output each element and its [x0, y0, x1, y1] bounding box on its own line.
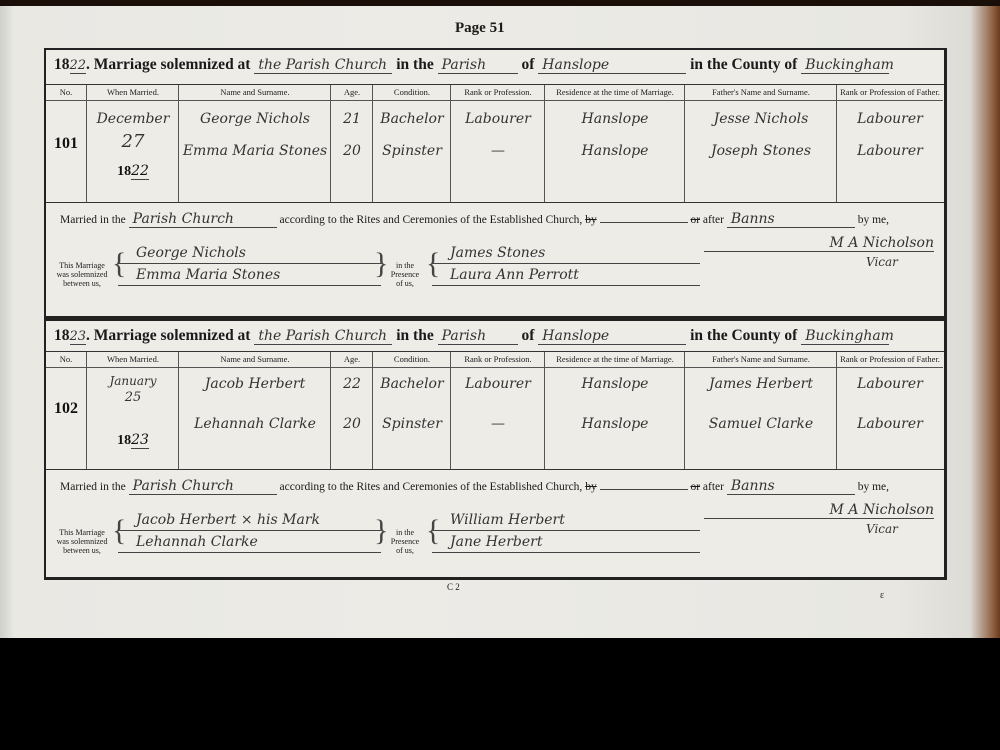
entry-table: No. 101 When Married. December 27 1822 N…	[46, 84, 944, 203]
signature-bride: Lehannah Clarke	[118, 534, 381, 553]
signature-bride: Emma Maria Stones	[118, 267, 381, 286]
county-field: Buckingham	[801, 328, 889, 345]
entry-attestation: Married in the Parish Church according t…	[46, 202, 944, 316]
col-condition: Condition. Bachelor Spinster	[372, 352, 451, 470]
officiant-title: Vicar	[866, 522, 898, 536]
officiant-signature: M A Nicholson	[704, 502, 934, 519]
col-age: Age. 21 20	[330, 85, 373, 203]
between-us-label: This Marriagewas solemnizedbetween us,	[52, 528, 112, 555]
register-page: Page 51 1822. Marriage solemnized at the…	[0, 0, 1000, 638]
corner-mark: ε	[880, 590, 884, 601]
signature-groom: George Nichols	[118, 245, 381, 264]
marriage-entry-102: 1823. Marriage solemnized at the Parish …	[44, 318, 947, 580]
signature-witness-1: William Herbert	[432, 512, 700, 531]
place-field: the Parish Church	[254, 328, 392, 345]
entry-heading: 1823. Marriage solemnized at the Parish …	[54, 327, 889, 345]
col-father-name: Father's Name and Surname. James Herbert…	[684, 352, 837, 470]
signature-witness-2: Jane Herbert	[432, 534, 700, 553]
page-number: Page 51	[455, 20, 505, 37]
col-residence: Residence at the time of Marriage. Hansl…	[544, 85, 685, 203]
entry-heading: 1822. Marriage solemnized at the Parish …	[54, 56, 889, 74]
officiant-title: Vicar	[866, 255, 898, 269]
signature-witness-1: James Stones	[432, 245, 700, 264]
parish-type-field: Parish	[438, 57, 518, 74]
col-profession: Rank or Profession. Labourer —	[450, 352, 545, 470]
col-condition: Condition. Bachelor Spinster	[372, 85, 451, 203]
entry-table: No. 102 When Married. January 25 1823 Na…	[46, 351, 944, 470]
parish-field: Hanslope	[538, 57, 686, 74]
col-no: No. 101	[46, 85, 86, 203]
col-father-name: Father's Name and Surname. Jesse Nichols…	[684, 85, 837, 203]
col-father-profession: Rank or Profession of Father. Labourer L…	[836, 352, 943, 470]
col-father-profession: Rank or Profession of Father. Labourer L…	[836, 85, 943, 203]
col-profession: Rank or Profession. Labourer —	[450, 85, 545, 203]
col-name: Name and Surname. Jacob Herbert Lehannah…	[178, 352, 331, 470]
parish-field: Hanslope	[538, 328, 686, 345]
parish-type-field: Parish	[438, 328, 518, 345]
county-field: Buckingham	[801, 57, 889, 74]
marriage-entry-101: 1822. Marriage solemnized at the Parish …	[44, 48, 947, 319]
signature-mark: C 2	[447, 582, 460, 592]
col-when-married: When Married. December 27 1822	[86, 85, 179, 203]
presence-label: in thePresenceof us,	[386, 528, 424, 555]
col-no: No. 102	[46, 352, 86, 470]
col-residence: Residence at the time of Marriage. Hansl…	[544, 352, 685, 470]
place-field: the Parish Church	[254, 57, 392, 74]
officiant-signature: M A Nicholson	[704, 235, 934, 252]
col-age: Age. 22 20	[330, 352, 373, 470]
page-top-edge	[0, 0, 1000, 6]
presence-label: in thePresenceof us,	[386, 261, 424, 288]
col-when-married: When Married. January 25 1823	[86, 352, 179, 470]
entry-attestation: Married in the Parish Church according t…	[46, 469, 944, 577]
col-name: Name and Surname. George Nichols Emma Ma…	[178, 85, 331, 203]
signature-witness-2: Laura Ann Perrott	[432, 267, 700, 286]
signature-groom: Jacob Herbert × his Mark	[118, 512, 381, 531]
between-us-label: This Marriagewas solemnizedbetween us,	[52, 261, 112, 288]
